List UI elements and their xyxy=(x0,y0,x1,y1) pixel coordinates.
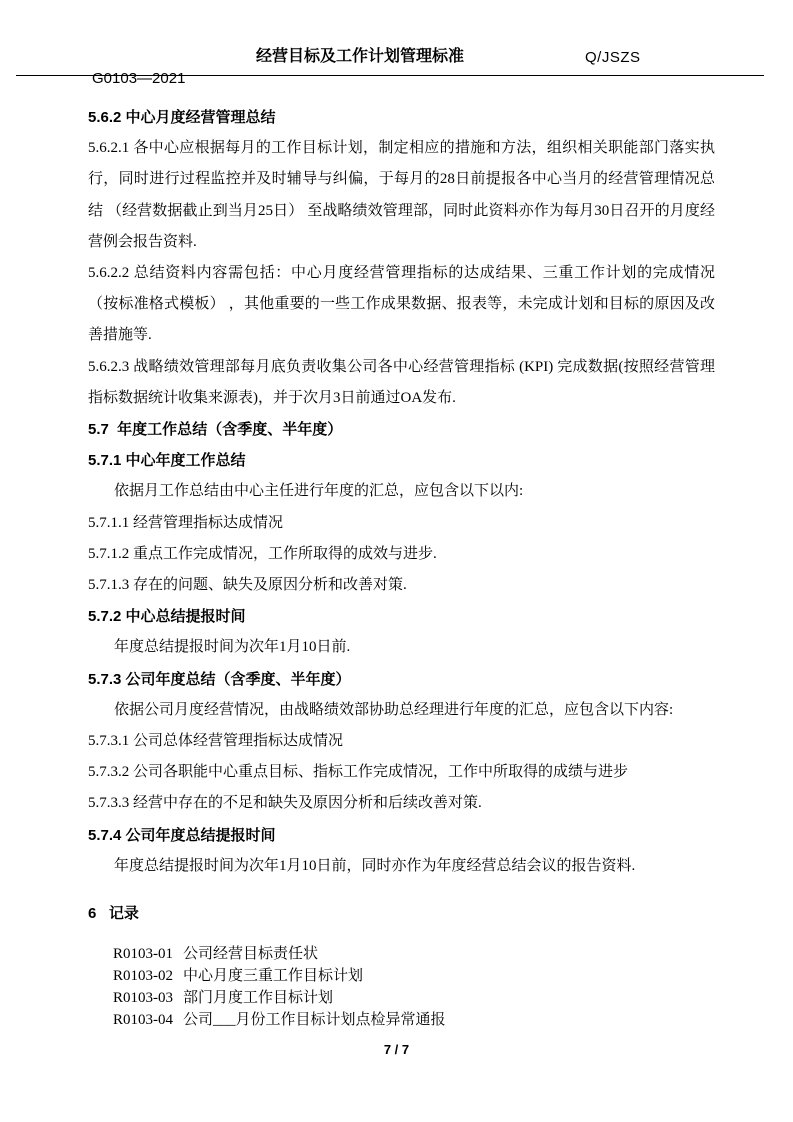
document-body: 5.6.2 中心月度经营管理总结 5.6.2.1 各中心应根据每月的工作目标计划… xyxy=(88,102,715,1031)
section-heading-5-7: 5.7 年度工作总结（含季度、半年度） xyxy=(88,414,715,445)
paragraph-5-7-4-body: 年度总结提报时间为次年1月10日前，同时亦作为年度经营总结会议的报告资料. xyxy=(88,851,715,882)
record-name: 中心月度三重工作目标计划 xyxy=(183,968,363,984)
section-heading-5-7-2: 5.7.2 中心总结提报时间 xyxy=(88,601,715,632)
paragraph-5-7-1-3: 5.7.1.3 存在的问题、缺失及原因分析和改善对策. xyxy=(88,570,715,601)
document-page: 经营目标及工作计划管理标准 Q/JSZS G0103—2021 5.6.2 中心… xyxy=(0,0,793,1122)
record-item: R0103-02中心月度三重工作目标计划 xyxy=(113,965,715,987)
standard-code: Q/JSZS xyxy=(585,50,641,65)
record-name: 公司___月份工作目标计划点检异常通报 xyxy=(183,1012,446,1028)
section-heading-5-7-4: 5.7.4 公司年度总结提报时间 xyxy=(88,820,715,851)
record-item: R0103-01公司经营目标责任状 xyxy=(113,943,715,965)
record-item: R0103-04公司___月份工作目标计划点检异常通报 xyxy=(113,1009,715,1031)
paragraph-5-7-3-3: 5.7.3.3 经营中存在的不足和缺失及原因分析和后续改善对策. xyxy=(88,788,715,819)
record-name: 公司经营目标责任状 xyxy=(183,946,318,962)
paragraph-5-7-3-intro: 依据公司月度经营情况，由战略绩效部协助总经理进行年度的汇总，应包含以下内容: xyxy=(88,695,715,726)
doc-number: G0103—2021 xyxy=(92,70,185,87)
paragraph-5-6-2-2: 5.6.2.2 总结资料内容需包括：中心月度经营管理指标的达成结果、三重工作计划… xyxy=(88,258,715,352)
section-heading-5-6-2: 5.6.2 中心月度经营管理总结 xyxy=(88,102,715,133)
page-number: 7 / 7 xyxy=(0,1043,793,1057)
record-code: R0103-02 xyxy=(113,968,173,984)
paragraph-5-7-1-1: 5.7.1.1 经营管理指标达成情况 xyxy=(88,508,715,539)
paragraph-5-7-3-1: 5.7.3.1 公司总体经营管理指标达成情况 xyxy=(88,726,715,757)
records-list: R0103-01公司经营目标责任状 R0103-02中心月度三重工作目标计划 R… xyxy=(88,943,715,1031)
section-heading-6-records: 6 记录 xyxy=(88,898,715,929)
paragraph-5-7-3-2: 5.7.3.2 公司各职能中心重点目标、指标工作完成情况，工作中所取得的成绩与进… xyxy=(88,757,715,788)
paragraph-5-7-1-intro: 依据月工作总结由中心主任进行年度的汇总，应包含以下以内: xyxy=(88,476,715,507)
paragraph-5-7-1-2: 5.7.1.2 重点工作完成情况，工作所取得的成效与进步. xyxy=(88,539,715,570)
record-name: 部门月度工作目标计划 xyxy=(183,990,333,1006)
paragraph-5-6-2-1: 5.6.2.1 各中心应根据每月的工作目标计划，制定相应的措施和方法，组织相关职… xyxy=(88,133,715,258)
record-code: R0103-04 xyxy=(113,1012,173,1028)
record-item: R0103-03部门月度工作目标计划 xyxy=(113,987,715,1009)
section-heading-5-7-1: 5.7.1 中心年度工作总结 xyxy=(88,445,715,476)
paragraph-5-6-2-3: 5.6.2.3 战略绩效管理部每月底负责收集公司各中心经营管理指标 (KPI) … xyxy=(88,352,715,414)
record-code: R0103-03 xyxy=(113,990,173,1006)
paragraph-5-7-2-body: 年度总结提报时间为次年1月10日前. xyxy=(88,632,715,663)
section-heading-5-7-3: 5.7.3 公司年度总结（含季度、半年度） xyxy=(88,664,715,695)
record-code: R0103-01 xyxy=(113,946,173,962)
